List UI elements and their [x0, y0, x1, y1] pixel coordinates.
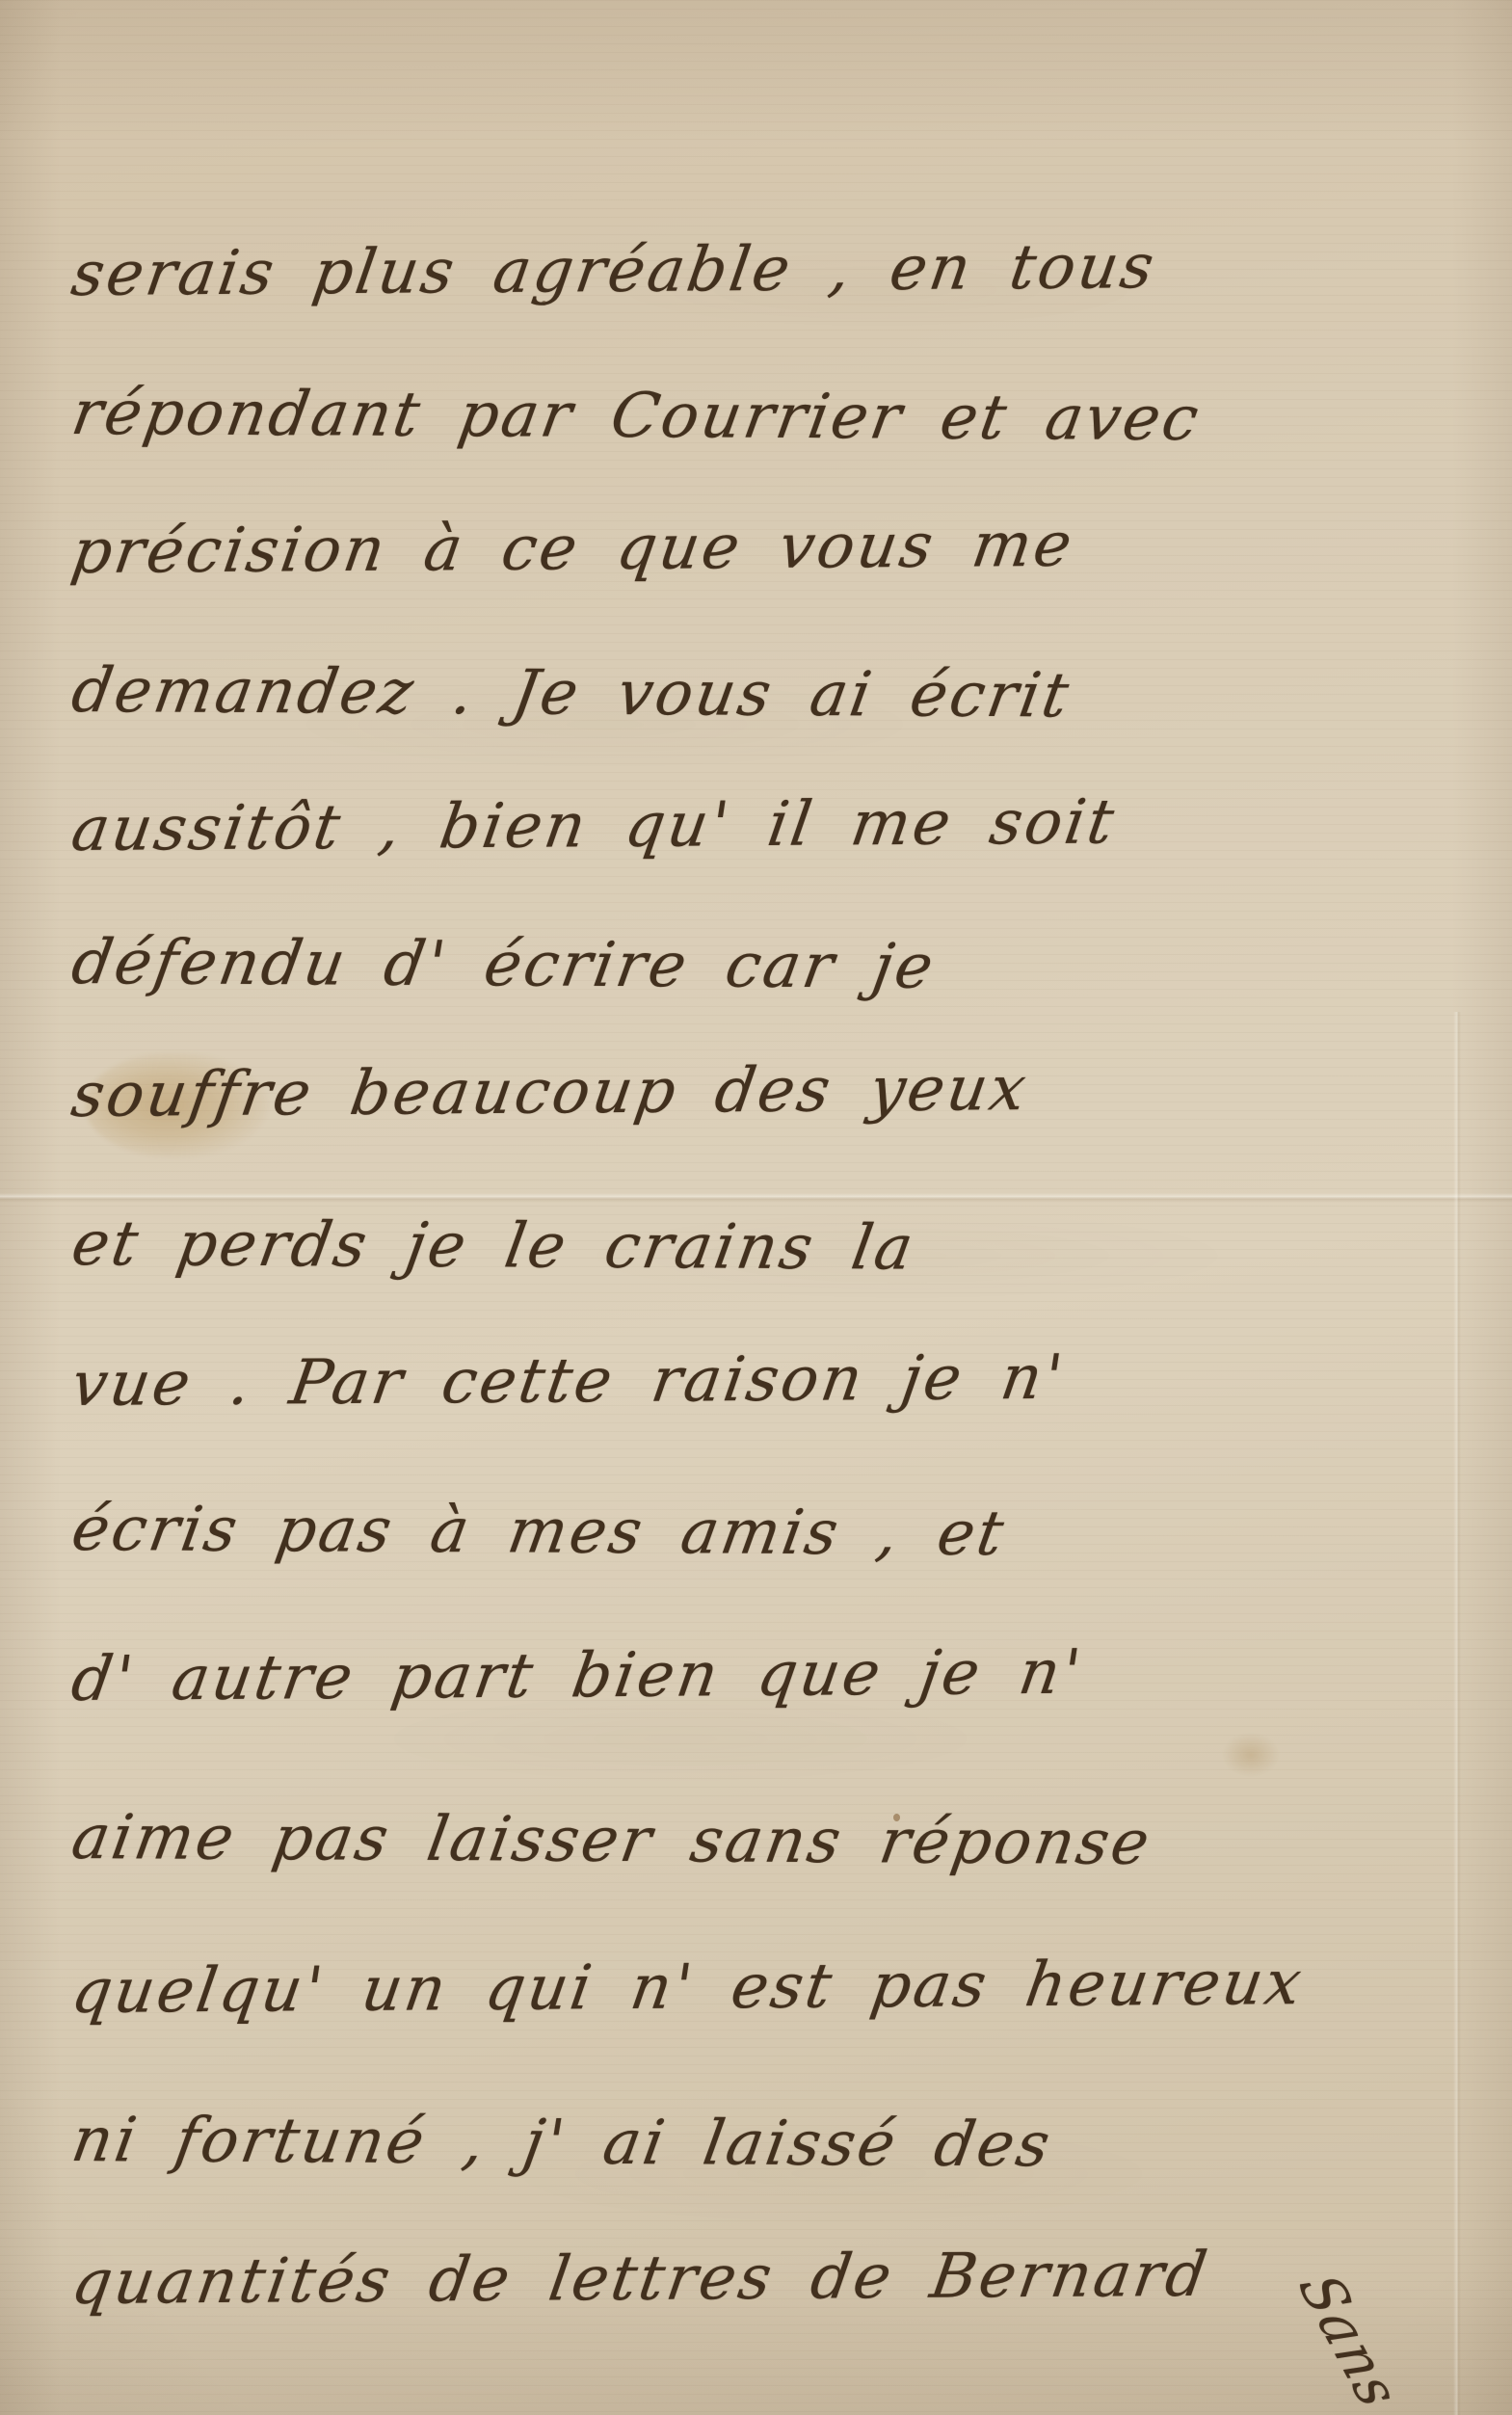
letter-photo: { "document": { "kind": "handwritten-let… [0, 0, 1512, 2415]
handwritten-line: vue . Par cette raison je n' [67, 1343, 1505, 1419]
handwritten-line: aussitôt , bien qu' il me soit [67, 788, 1505, 863]
handwritten-line: d' autre part bien que je n' [67, 1638, 1505, 1713]
ink-show-through [0, 0, 1512, 2415]
handwritten-line: défendu d' écrire car je [67, 931, 1503, 1003]
handwritten-line: serais plus agréable , en tous [67, 233, 1505, 308]
handwritten-line: quelqu' un qui n' est pas heureux [67, 1951, 1505, 2026]
handwritten-line: ni fortuné , j' ai laissé des [67, 2109, 1503, 2181]
handwritten-line: demandez . Je vous ai écrit [67, 659, 1503, 731]
handwritten-line: et perds je le crains la [67, 1212, 1503, 1285]
fold-crease [0, 1193, 1512, 1203]
handwritten-line: souffre beaucoup des yeux [67, 1054, 1505, 1129]
handwritten-line: précision à ce que vous me [67, 511, 1505, 586]
handwritten-line: aime pas laisser sans réponse [67, 1806, 1503, 1878]
small-smudge [1222, 1733, 1280, 1777]
handwritten-line: répondant par Courrier et avec [67, 382, 1503, 454]
handwritten-line: quantités de lettres de Bernard [67, 2242, 1505, 2317]
handwritten-line: écris pas à mes amis , et [67, 1498, 1503, 1570]
